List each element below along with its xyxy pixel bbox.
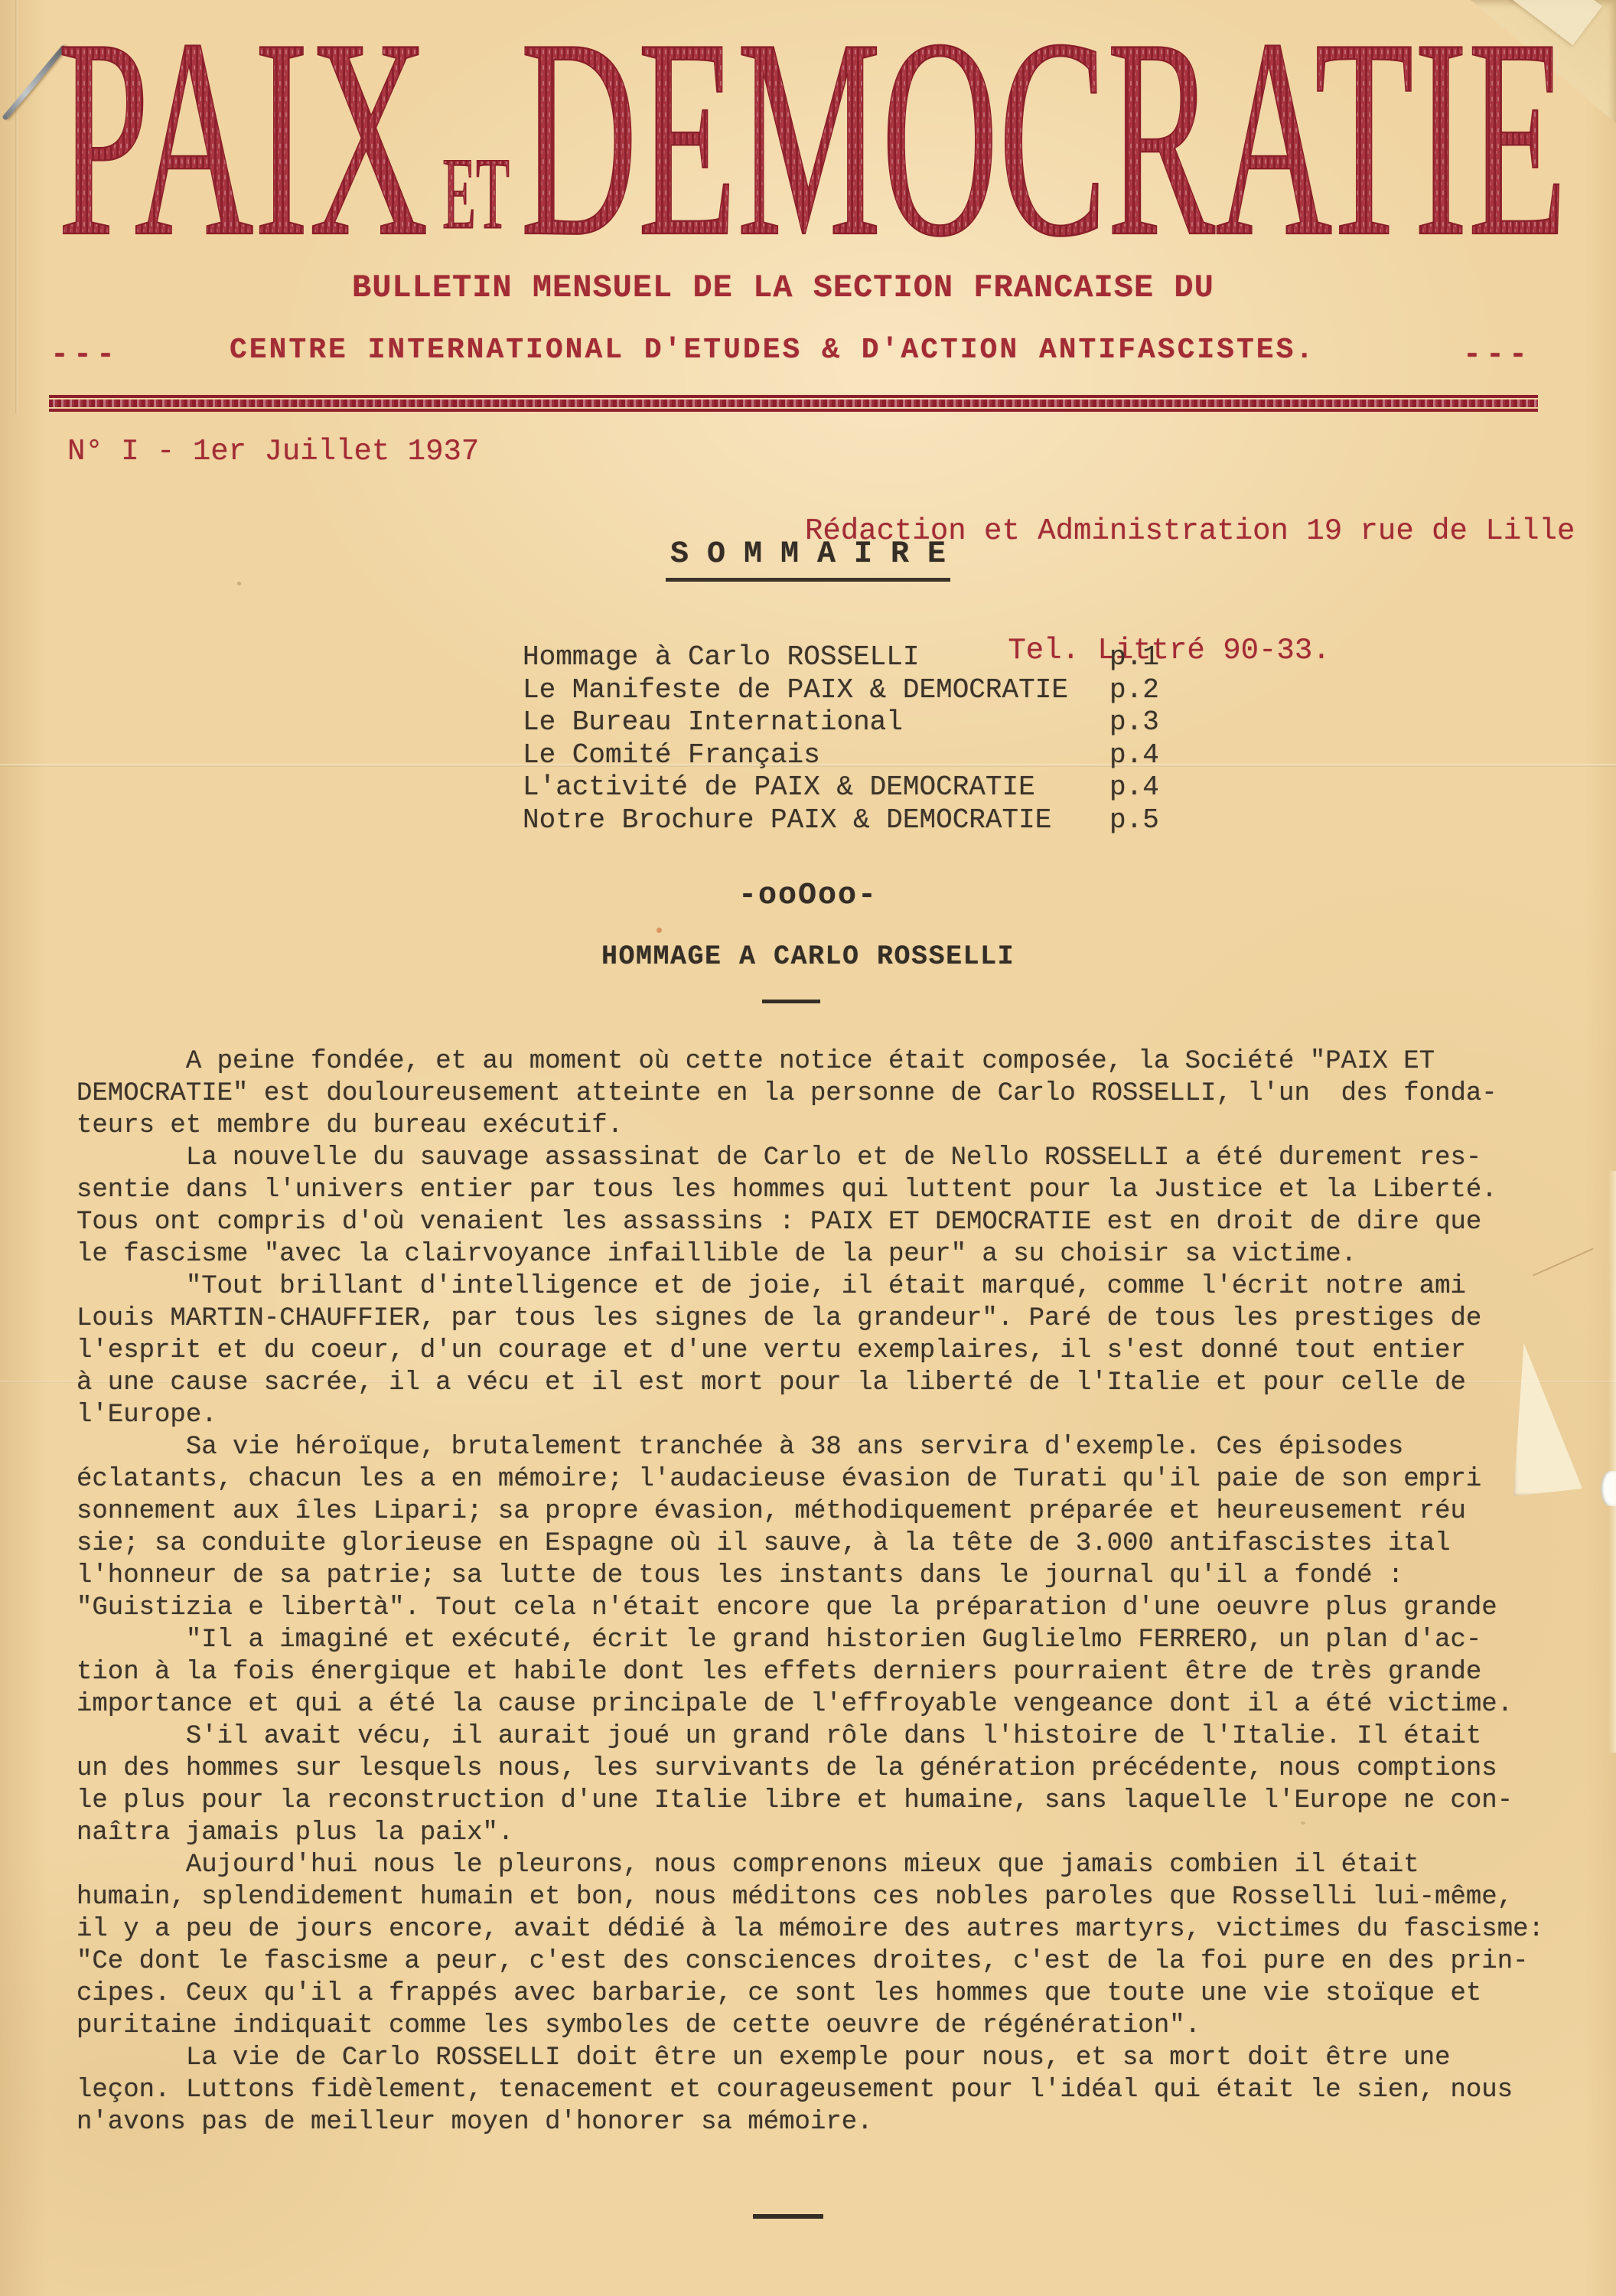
masthead-word-et: ET	[442, 137, 510, 250]
toc-label: Le Bureau International	[523, 706, 1109, 739]
double-rule	[49, 395, 1538, 412]
toc-page: p.4	[1109, 739, 1159, 772]
masthead-subtitle-row: --- CENTRE INTERNATIONAL D'ETUDES & D'AC…	[0, 334, 1616, 367]
article-title: HOMMAGE A CARLO ROSSELLI	[601, 941, 1015, 972]
left-dashes: ---	[50, 338, 119, 373]
masthead-subtitle-line2: CENTRE INTERNATIONAL D'ETUDES & D'ACTION…	[230, 334, 1315, 367]
sommaire-heading: S O M M A I R E	[0, 537, 1616, 582]
masthead-subtitle-line1: BULLETIN MENSUEL DE LA SECTION FRANCAISE…	[352, 269, 1214, 306]
masthead-word-democratie: DEMOCRATIE	[520, 0, 1567, 260]
toc-row: Le Comité Français p.4	[523, 739, 1159, 772]
toc-row: Notre Brochure PAIX & DEMOCRATIE p.5	[523, 804, 1159, 837]
title-underline-dash	[762, 1000, 820, 1003]
paragraph: "Il a imaginé et exécuté, écrit le grand…	[77, 1624, 1576, 1720]
toc-label: Le Manifeste de PAIX & DEMOCRATIE	[523, 674, 1109, 707]
end-of-article-dash	[753, 2214, 823, 2219]
toc-row: Le Bureau International p.3	[523, 706, 1159, 739]
toc-label: Hommage à Carlo ROSSELLI	[523, 641, 1109, 674]
paper-speck	[237, 582, 241, 585]
toc-row: L'activité de PAIX & DEMOCRATIE p.4	[523, 771, 1159, 804]
right-dashes: ---	[1463, 338, 1532, 373]
toc-page: p.2	[1109, 674, 1159, 707]
rule-line-bottom	[49, 409, 1538, 412]
toc-row: Le Manifeste de PAIX & DEMOCRATIE p.2	[523, 674, 1159, 707]
table-of-contents: Hommage à Carlo ROSSELLI p.1 Le Manifest…	[523, 641, 1159, 837]
rule-textured-band	[49, 400, 1538, 407]
toc-page: p.1	[1109, 641, 1159, 674]
sommaire-heading-text: S O M M A I R E	[666, 537, 950, 582]
paragraph: A peine fondée, et au moment où cette no…	[77, 1045, 1576, 1142]
paragraph: Aujourd'hui nous le pleurons, nous compr…	[77, 1849, 1576, 2042]
toc-page: p.3	[1109, 706, 1159, 739]
paragraph: Sa vie héroïque, brutalement tranchée à …	[77, 1431, 1576, 1624]
bulletin-scanned-page: PAIX ET DEMOCRATIE BULLETIN MENSUEL DE L…	[0, 0, 1616, 2296]
toc-label: L'activité de PAIX & DEMOCRATIE	[523, 771, 1109, 804]
toc-page: p.5	[1109, 804, 1159, 837]
paragraph: La nouvelle du sauvage assassinat de Car…	[77, 1142, 1576, 1270]
paper-speck	[656, 928, 662, 933]
paragraph: La vie de Carlo ROSSELLI doit être un ex…	[77, 2042, 1576, 2138]
article-body: A peine fondée, et au moment où cette no…	[77, 1045, 1576, 2138]
masthead-title: PAIX ET DEMOCRATIE	[0, 0, 1616, 260]
masthead-word-paix: PAIX	[57, 0, 428, 260]
paragraph: "Tout brillant d'intelligence et de joie…	[77, 1270, 1576, 1431]
paragraph: S'il avait vécu, il aurait joué un grand…	[77, 1720, 1576, 1849]
toc-label: Le Comité Français	[523, 739, 1109, 772]
issue-number-date: N° I - 1er Juillet 1937	[67, 435, 479, 468]
toc-label: Notre Brochure PAIX & DEMOCRATIE	[523, 804, 1109, 837]
ornamental-separator: -ooOoo-	[0, 879, 1616, 913]
toc-page: p.4	[1109, 771, 1159, 804]
toc-row: Hommage à Carlo ROSSELLI p.1	[523, 641, 1159, 674]
rough-paper-edge	[1608, 1171, 1616, 1753]
rule-line-top	[49, 395, 1538, 398]
